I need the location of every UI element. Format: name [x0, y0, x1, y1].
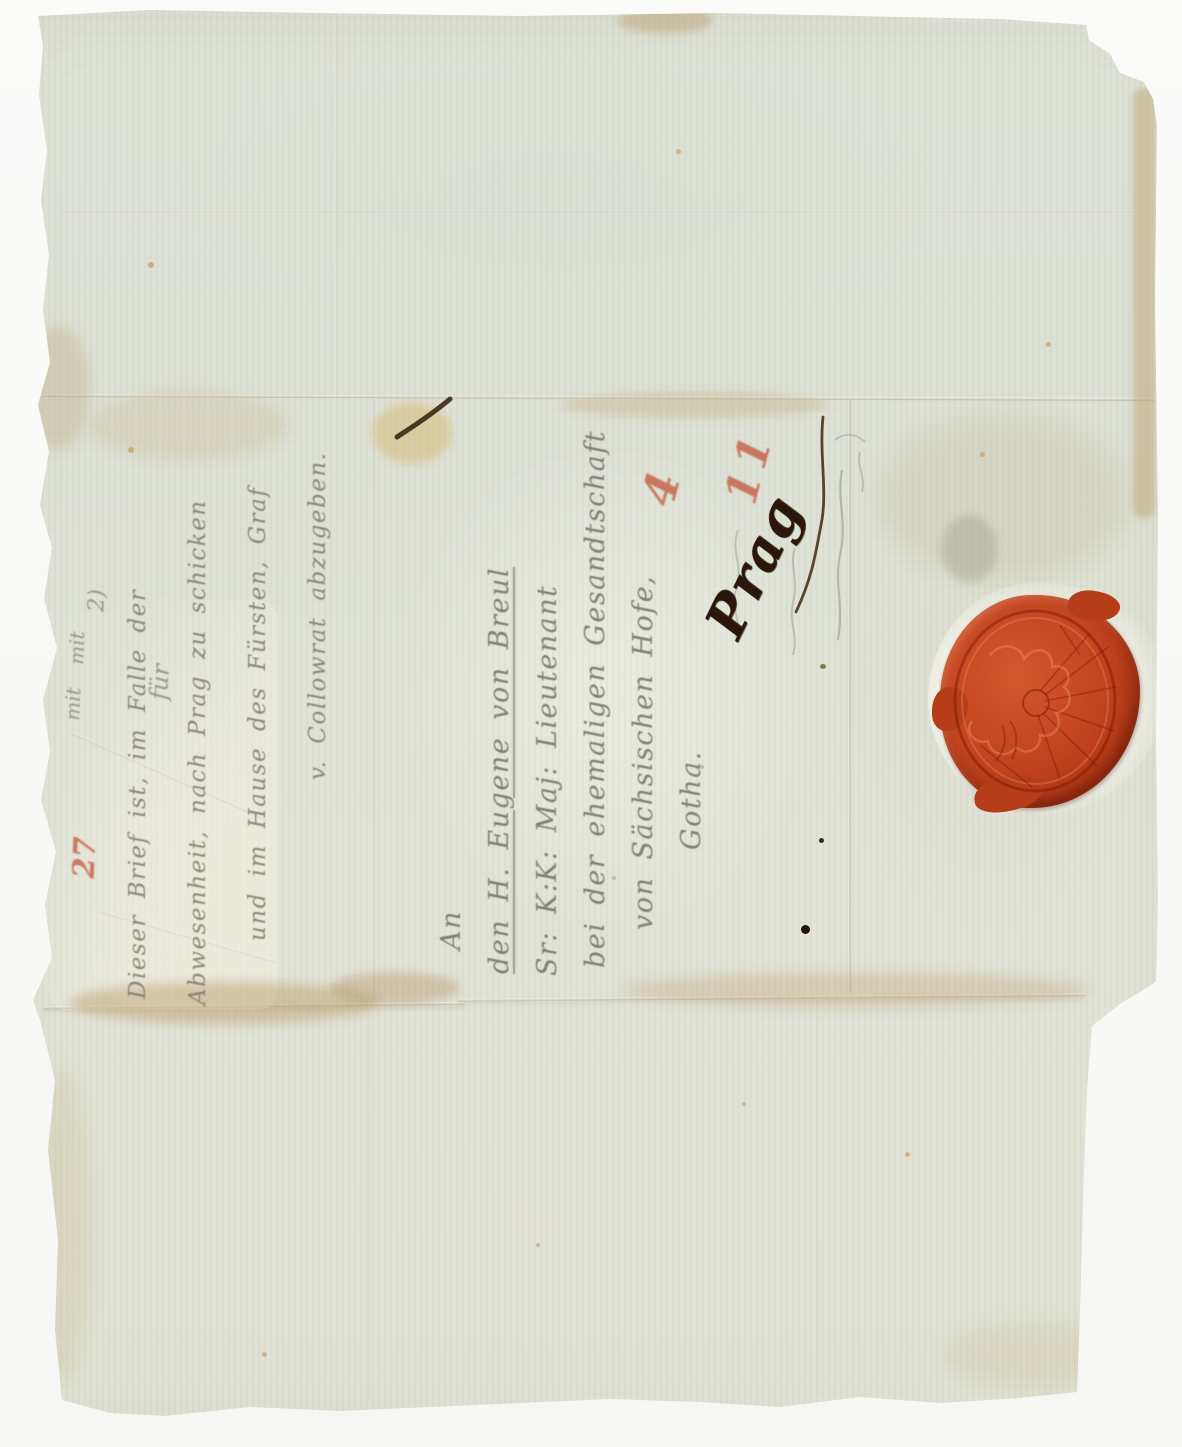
address-line: Sr: K:K: Maj: Lieutenant	[524, 403, 572, 978]
pencil-ghost-squiggle	[792, 548, 795, 655]
stain	[945, 1325, 1130, 1387]
endorsement-line: v. Collowrat abzugeben.	[288, 415, 348, 1005]
margin-mark: mit	[64, 631, 89, 665]
chalk-weight-mark: 27	[67, 836, 103, 879]
foxing-dot	[905, 1152, 910, 1157]
margin-mark: für	[145, 663, 175, 701]
foxing-dot	[262, 1352, 267, 1357]
pencil-ghost-squiggle	[835, 435, 865, 442]
margin-mark: mit	[60, 687, 85, 721]
scanned-letter-image: An den H. Eugene von Breul Sr: K:K: Maj:…	[0, 0, 1182, 1447]
foxing-dot	[536, 1243, 540, 1247]
fold-crease-vertical-lower-b	[815, 1002, 818, 1394]
stain	[618, 6, 713, 34]
fold-crease-vertical-left	[372, 400, 375, 998]
endorsement-block: Dieser Brief ist, im Falle der Abwesenhe…	[108, 415, 358, 1005]
margin-mark: 2)	[84, 589, 110, 612]
foxing-dot	[980, 452, 985, 457]
stain	[942, 515, 997, 583]
foxing-dot	[676, 149, 681, 154]
address-line: bei der ehemaligen Gesandtschaft	[572, 403, 620, 978]
foxing-dot	[1046, 342, 1051, 347]
red-wax-seal	[940, 595, 1140, 808]
endorsement-line: Abwesenheit, nach Prag zu schicken	[168, 415, 228, 1005]
address-line: An	[428, 403, 476, 978]
seal-impression	[940, 595, 1140, 808]
stain	[38, 1070, 90, 1380]
stain	[1133, 88, 1155, 518]
foxing-dot	[742, 1102, 746, 1106]
plant-fiber-speck	[820, 664, 826, 669]
stain	[878, 415, 1128, 580]
endorsement-line: Dieser Brief ist, im Falle der	[108, 415, 168, 1005]
fold-crease-vertical-right	[848, 400, 851, 992]
fold-crease-bottom-right	[458, 993, 1086, 1001]
fold-crease-top	[42, 394, 1154, 401]
foxing-dot	[148, 262, 154, 268]
ink-speck	[801, 925, 810, 934]
fold-crease-vertical-upper	[335, 16, 338, 396]
ink-speck	[819, 838, 824, 843]
letter-sheet: An den H. Eugene von Breul Sr: K:K: Maj:…	[0, 0, 1182, 1447]
pencil-ghost-squiggle	[838, 470, 843, 640]
address-line-recipient: den H. Eugene von Breul	[476, 403, 524, 978]
endorsement-line: und im Hause des Fürsten, Graf	[228, 415, 288, 1005]
stain	[28, 325, 90, 450]
fold-crease-vertical-lower-a	[367, 1008, 370, 1400]
pencil-ghost-squiggle	[859, 452, 863, 492]
fold-crease-faint-upper	[60, 210, 1140, 213]
